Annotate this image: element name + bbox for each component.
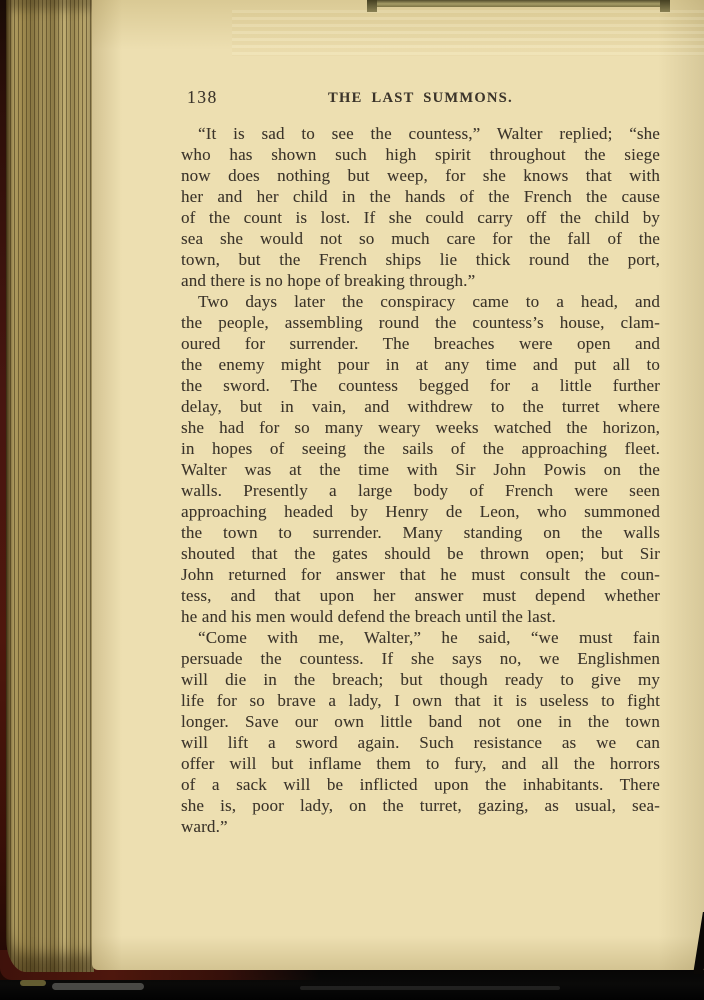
text-line: the enemy might pour in at any time and … <box>181 354 660 375</box>
text-line: oured for surrender. The breaches were o… <box>181 333 660 354</box>
text-line: “It is sad to see the countess,” Walter … <box>181 123 660 144</box>
text-line: he and his men would defend the breach u… <box>181 606 660 627</box>
text-line: Two days later the conspiracy came to a … <box>181 291 660 312</box>
paragraph: “It is sad to see the countess,” Walter … <box>181 123 660 291</box>
table-reflection <box>300 986 560 990</box>
table-reflection <box>20 980 46 986</box>
paragraph: Two days later the conspiracy came to a … <box>181 291 660 627</box>
text-line: life for so brave a lady, I own that it … <box>181 690 660 711</box>
text-line: she is, poor lady, on the turret, gazing… <box>181 795 660 816</box>
text-line: the people, assembling round the countes… <box>181 312 660 333</box>
text-line: she had for so many weary weeks watched … <box>181 417 660 438</box>
page-header: 138 THE LAST SUMMONS. <box>181 87 660 107</box>
text-line: “Come with me, Walter,” he said, “we mus… <box>181 627 660 648</box>
text-line: John returned for answer that he must co… <box>181 564 660 585</box>
page-content: 138 THE LAST SUMMONS. “It is sad to see … <box>181 87 660 837</box>
running-header: THE LAST SUMMONS. <box>181 88 660 108</box>
text-line: approaching headed by Henry de Leon, who… <box>181 501 660 522</box>
page-holder-bar <box>374 0 662 7</box>
text-line: the sword. The countess begged for a lit… <box>181 375 660 396</box>
text-line: her and her child in the hands of the Fr… <box>181 186 660 207</box>
body-text: “It is sad to see the countess,” Walter … <box>181 123 660 837</box>
text-line: in hopes of seeing the sails of the appr… <box>181 438 660 459</box>
text-line: walls. Presently a large body of French … <box>181 480 660 501</box>
text-line: of a sack will be inflicted upon the inh… <box>181 774 660 795</box>
text-line: will die in the breach; but though ready… <box>181 669 660 690</box>
text-line: ward.” <box>181 816 660 837</box>
book-photo: 138 THE LAST SUMMONS. “It is sad to see … <box>0 0 704 1000</box>
text-line: of the count is lost. If she could carry… <box>181 207 660 228</box>
text-line: and there is no hope of breaking through… <box>181 270 660 291</box>
table-reflection <box>52 983 144 990</box>
text-line: the town to surrender. Many standing on … <box>181 522 660 543</box>
text-line: longer. Save our own little band not one… <box>181 711 660 732</box>
page-edges-stack <box>6 0 94 972</box>
page-curvature-shading <box>232 10 704 56</box>
text-line: sea she would not so much care for the f… <box>181 228 660 249</box>
text-line: who has shown such high spirit throughou… <box>181 144 660 165</box>
text-line: shouted that the gates should be thrown … <box>181 543 660 564</box>
holder-notch-left <box>367 0 377 12</box>
text-line: delay, but in vain, and withdrew to the … <box>181 396 660 417</box>
paragraph: “Come with me, Walter,” he said, “we mus… <box>181 627 660 837</box>
text-line: will lift a sword again. Such resistance… <box>181 732 660 753</box>
text-line: persuade the countess. If she says no, w… <box>181 648 660 669</box>
text-line: Walter was at the time with Sir John Pow… <box>181 459 660 480</box>
text-line: now does nothing but weep, for she knows… <box>181 165 660 186</box>
text-line: town, but the French ships lie thick rou… <box>181 249 660 270</box>
holder-notch-right <box>660 0 670 12</box>
text-line: offer will but inflame them to fury, and… <box>181 753 660 774</box>
text-line: tess, and that upon her answer must depe… <box>181 585 660 606</box>
